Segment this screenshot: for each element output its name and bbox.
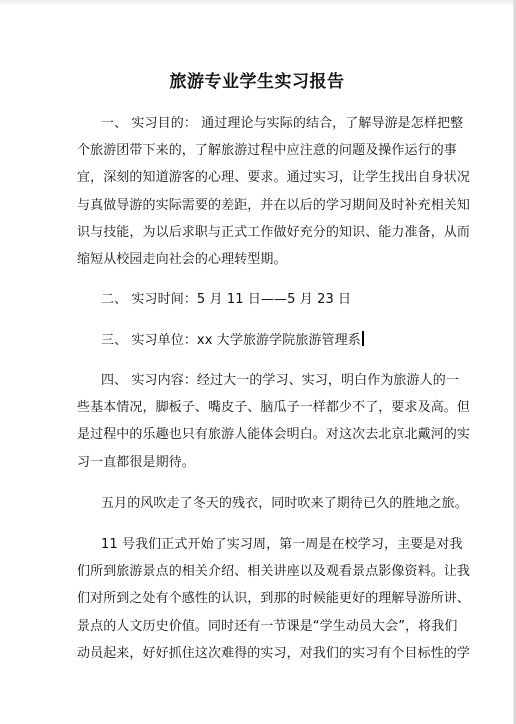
text-line: 景点的人文历史价值。同时还有一节课是“学生动员大会”，将我们 [77,613,437,640]
text-line: 习一直都很是期待。 [77,449,437,476]
text-line: 识与技能，为以后求职与正式工作做好充分的知识、能力准备，从而 [77,219,437,246]
text-line: 是过程中的乐趣也只有旅游人能体会明白。对这次去北京北戴河的实 [77,421,437,448]
paragraph-week: 11 号我们正式开始了实习周，第一周是在校学习，主要是对我 们所到旅游景点的相关… [77,531,437,667]
text-line: 三、 实习单位：xx 大学旅游学院旅游管理系 [77,327,437,354]
document-title: 旅游专业学生实习报告 [77,71,437,93]
text-line: 个旅游团带下来的，了解旅游过程中应注意的问题及操作运行的事 [77,137,437,164]
text-line: 四、 实习内容：经过大一的学习、实习，明白作为旅游人的一 [77,367,437,394]
text-line: 二、 实习时间：5 月 11 日——5 月 23 日 [77,286,437,313]
text-line: 一、 实习目的： 通过理论与实际的结合，了解导游是怎样把整 [77,110,437,137]
text-line: 宜，深刻的知道游客的心理、要求。通过实习，让学生找出自身状况 [77,164,437,191]
paragraph-time: 二、 实习时间：5 月 11 日——5 月 23 日 [77,286,437,313]
text-line: 缩短从校园走向社会的心理转型期。 [77,246,437,273]
text-line: 些基本情况，脚板子、嘴皮子、脑瓜子一样都少不了，要求及高。但 [77,394,437,421]
text-line: 五月的风吹走了冬天的残衣，同时吹来了期待已久的胜地之旅。 [77,490,437,517]
text-line: 动员起来，好好抓住这次难得的实习，对我们的实习有个目标性的学 [77,640,437,667]
top-shadow [0,0,516,6]
text-line: 与真做导游的实际需要的差距，并在以后的学习期间及时补充相关知 [77,192,437,219]
text-line: 11 号我们正式开始了实习周，第一周是在校学习，主要是对我 [77,531,437,558]
paragraph-purpose: 一、 实习目的： 通过理论与实际的结合，了解导游是怎样把整 个旅游团带下来的，了… [77,110,437,273]
text-line: 们对所到之处有个感性的认识，到那的时候能更好的理解导游所讲、 [77,585,437,612]
paragraph-may: 五月的风吹走了冬天的残衣，同时吹来了期待已久的胜地之旅。 [77,490,437,517]
text-cursor [362,331,364,346]
paragraph-unit: 三、 实习单位：xx 大学旅游学院旅游管理系 [77,327,437,354]
unit-text: 三、 实习单位：xx 大学旅游学院旅游管理系 [101,333,361,348]
paragraph-content: 四、 实习内容：经过大一的学习、实习，明白作为旅游人的一 些基本情况，脚板子、嘴… [77,367,437,476]
text-line: 们所到旅游景点的相关介绍、相关讲座以及观看景点影像资料。让我 [77,558,437,585]
